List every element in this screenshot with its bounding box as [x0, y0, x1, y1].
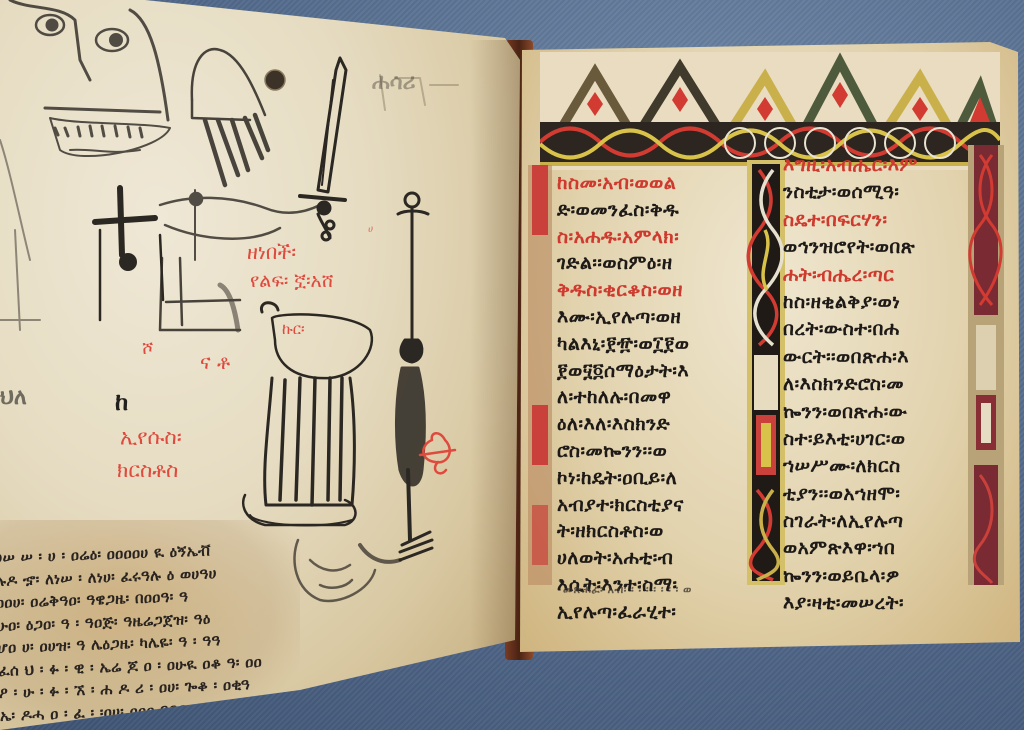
- red-annotation-1: ዘነበች፡: [247, 240, 296, 264]
- robed-figure-drawing-icon: [243, 303, 372, 526]
- box-drawing-icon: [160, 258, 240, 330]
- hole-in-parchment: [265, 70, 285, 90]
- text-line: ዕለ፡እለ፡እስክንድ: [557, 411, 689, 438]
- cross-drawing-icon: [95, 188, 163, 320]
- text-line: ወኅንዝሮየት፡ወበጽ: [783, 234, 918, 261]
- text-line: ስገራት፡ለኢየሉጣ: [783, 508, 918, 535]
- open-manuscript: ዘነበች፡ የልፍ፡ ኟ፡አሸ ኩር፡ ሾ ና ቶ ኢየሱስ፡ ክርስቶስ ሀ …: [0, 0, 1024, 730]
- red-annotation-8: ሀ: [368, 224, 373, 235]
- text-line: ኮነ፡ከዴት፡ዐቢይ፡ለ: [557, 465, 689, 492]
- text-line: ፻ወ፶፬ሰማዕታት፡እ: [557, 358, 689, 385]
- red-annotation-7: ክርስቶስ: [117, 458, 178, 483]
- text-line: ከስመ፡አብ፡ወወል: [557, 170, 689, 197]
- text-line: ኰንን፡ወይቤላ፡ዎ: [783, 563, 918, 590]
- text-line: ኢየሉጣ፡ፈራሂተ፡: [557, 599, 689, 626]
- text-line: እሙ፡ኢየሉጣ፡ወዘ: [557, 304, 689, 331]
- text-line: እግዚ፡አብሔር፡እም: [783, 152, 918, 179]
- text-line: በረት፡ውስተ፡በሐ: [783, 316, 918, 343]
- face-drawing-icon: [0, 0, 170, 330]
- cursive-text-block: ሀሠ ሠ ፡ ሀ ፡ ዐሬዕ፡ ዐዐዐዐሀ ዪ ዕኝኤቭ ሉዶ ኇ፡ ለነሠ ፡…: [0, 538, 264, 727]
- right-border-interlace: [966, 145, 1006, 585]
- text-line: ቲያን፡፡ወአኀዘሞ፡: [783, 481, 918, 508]
- text-line: ኀሠሥሙ፡ለክርስ: [783, 453, 918, 480]
- left-border-interlace: [528, 165, 552, 585]
- text-line: ለ፡ተከለሉ፡በመዋ: [557, 384, 689, 411]
- text-line: ከስ፡ዘቂልቅያ፡ወነ: [783, 289, 918, 316]
- text-line: ቅዱስ፡ቂርቆስ፡ወዘ: [557, 277, 689, 304]
- text-line: ወአምጽእዋ፡ኀበ: [783, 535, 918, 562]
- text-line: ሐት፡ብሔረ፡ጣር: [783, 262, 918, 289]
- sword-drawing-icon: [300, 58, 346, 240]
- text-line: ድ፡ወመንፈስ፡ቅዱ: [557, 197, 689, 224]
- central-column-divider: [745, 160, 787, 585]
- text-line: ንስቲታ፡ወሰሚዓ፡: [783, 179, 918, 206]
- text-column-left: ከስመ፡አብ፡ወወል ድ፡ወመንፈስ፡ቅዱ ስ፡አሐዱ፡አምላክ፡ ገድል፡፡ወ…: [557, 170, 689, 626]
- staff-figure-drawing-icon: [396, 193, 432, 560]
- black-annotation-3: ሐሳሪ: [372, 70, 415, 95]
- hand-drawing-icon: [192, 49, 268, 185]
- text-line: ኰንን፡ወበጽሐ፡ው: [783, 399, 918, 426]
- text-line: እያ፡ዛቲ፡መሠረት፡: [783, 590, 918, 617]
- text-line: ት፡ዘክርስቶስ፡ወ: [557, 518, 689, 545]
- text-line: ለ፡እስክንድሮስ፡መ: [783, 371, 918, 398]
- text-line: ገድል፡፡ወስምዕ፡ዘ: [557, 250, 689, 277]
- red-annotation-4: ሾ: [142, 338, 153, 359]
- interlace-headpiece: [540, 52, 1000, 170]
- text-line: ውርት፡፡ወበጽሐ፡እ: [783, 344, 918, 371]
- text-line: ሮስ፡መኰንን፡፡ወ: [557, 438, 689, 465]
- red-annotation-6: ኢየሱስ፡: [120, 425, 182, 450]
- black-annotation-1: ከ: [115, 388, 128, 416]
- text-line: ስዴተ፡በፍርሃን፡: [783, 207, 918, 234]
- text-line: ስተ፡ይእቲ፡ሀገር፡ወ: [783, 426, 918, 453]
- text-column-right: እግዚ፡አብሔር፡እም ንስቲታ፡ወሰሚዓ፡ ስዴተ፡በፍርሃን፡ ወኅንዝሮየ…: [783, 152, 918, 618]
- seated-figure-drawing-icon: [294, 540, 400, 601]
- black-annotation-2: ህለ: [0, 385, 27, 410]
- text-line: ስ፡አሐዱ፡አምላክ፡: [557, 224, 689, 251]
- left-folio: ዘነበች፡ የልፍ፡ ኟ፡አሸ ኩር፡ ሾ ና ቶ ኢየሱስ፡ ክርስቶስ ሀ …: [0, 0, 525, 730]
- red-annotation-5: ና ቶ: [200, 350, 230, 374]
- red-annotation-2: የልፍ፡ ኟ፡አሸ: [250, 270, 334, 292]
- text-line: አብያተ፡ክርስቲያና: [557, 492, 689, 519]
- red-annotation-3: ኩር፡: [282, 320, 305, 338]
- footer-note: መጽሐፈ፡ አብ፡ ፡ ፡ ፡ ፡ ፡ ፡ ፡ ወ: [563, 583, 692, 597]
- text-line: ካልእኒ፡፻፹፡ወ፲፻ወ: [557, 331, 689, 358]
- text-line: ሀለወት፡አሐቲ፡ብ: [557, 545, 689, 572]
